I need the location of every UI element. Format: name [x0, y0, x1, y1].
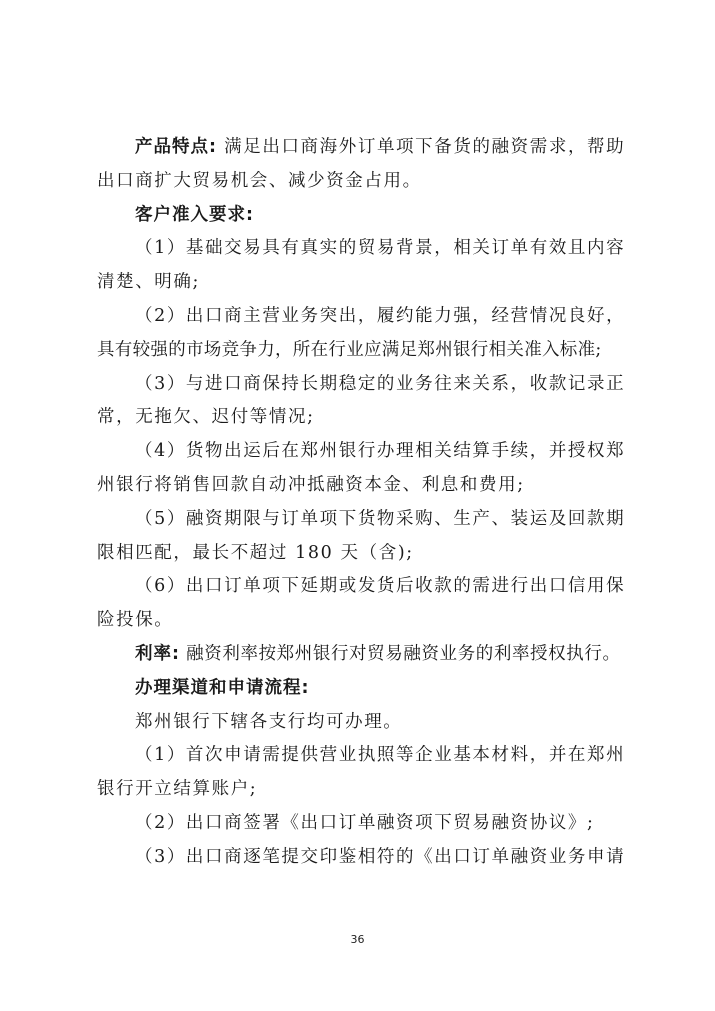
requirement-item-1: （1）基础交易具有真实的贸易背景，相关订单有效且内容: [97, 232, 627, 266]
features-text: 满足出口商海外订单项下备货的融资需求，帮助: [217, 137, 625, 157]
requirement-item-4: （4）货物出运后在郑州银行办理相关结算手续，并授权郑: [97, 435, 627, 469]
requirement-item-2-cont: 具有较强的市场竞争力，所在行业应满足郑州银行相关准入标准;: [97, 334, 627, 368]
requirement-item-3-cont: 常，无拖欠、迟付等情况;: [97, 401, 627, 435]
requirement-item-3: （3）与进口商保持长期稳定的业务往来关系，收款记录正: [97, 368, 627, 402]
process-heading: 办理渠道和申请流程:: [97, 672, 627, 706]
document-page: 产品特点: 满足出口商海外订单项下备货的融资需求，帮助 出口商扩大贸易机会、减少…: [0, 0, 715, 1011]
requirements-heading: 客户准入要求:: [97, 199, 627, 233]
requirement-item-6: （6）出口订单项下延期或发货后收款的需进行出口信用保: [97, 570, 627, 604]
features-text-cont: 出口商扩大贸易机会、减少资金占用。: [97, 165, 627, 199]
requirement-item-6-cont: 险投保。: [97, 604, 627, 638]
requirement-item-4-cont: 州银行将销售回款自动冲抵融资本金、利息和费用;: [97, 469, 627, 503]
requirement-item-1-cont: 清楚、明确;: [97, 266, 627, 300]
requirement-item-5-cont: 限相匹配，最长不超过 180 天（含);: [97, 537, 627, 571]
process-item-3: （3）出口商逐笔提交印鉴相符的《出口订单融资业务申请: [97, 841, 627, 875]
document-body: 产品特点: 满足出口商海外订单项下备货的融资需求，帮助 出口商扩大贸易机会、减少…: [97, 131, 627, 875]
process-item-1-cont: 银行开立结算账户;: [97, 773, 627, 807]
features-heading: 产品特点:: [135, 137, 217, 157]
rate-heading: 利率:: [135, 644, 180, 664]
process-item-2: （2）出口商签署《出口订单融资项下贸易融资协议》;: [97, 807, 627, 841]
rate-text: 融资利率按郑州银行对贸易融资业务的利率授权执行。: [180, 644, 621, 664]
requirement-item-2: （2）出口商主营业务突出，履约能力强，经营情况良好，: [97, 300, 627, 334]
page-number: 36: [0, 933, 715, 946]
process-intro: 郑州银行下辖各支行均可办理。: [97, 706, 627, 740]
requirement-item-5: （5）融资期限与订单项下货物采购、生产、装运及回款期: [97, 503, 627, 537]
rate-paragraph: 利率: 融资利率按郑州银行对贸易融资业务的利率授权执行。: [97, 638, 627, 672]
features-paragraph: 产品特点: 满足出口商海外订单项下备货的融资需求，帮助: [97, 131, 627, 165]
process-item-1: （1）首次申请需提供营业执照等企业基本材料，并在郑州: [97, 739, 627, 773]
